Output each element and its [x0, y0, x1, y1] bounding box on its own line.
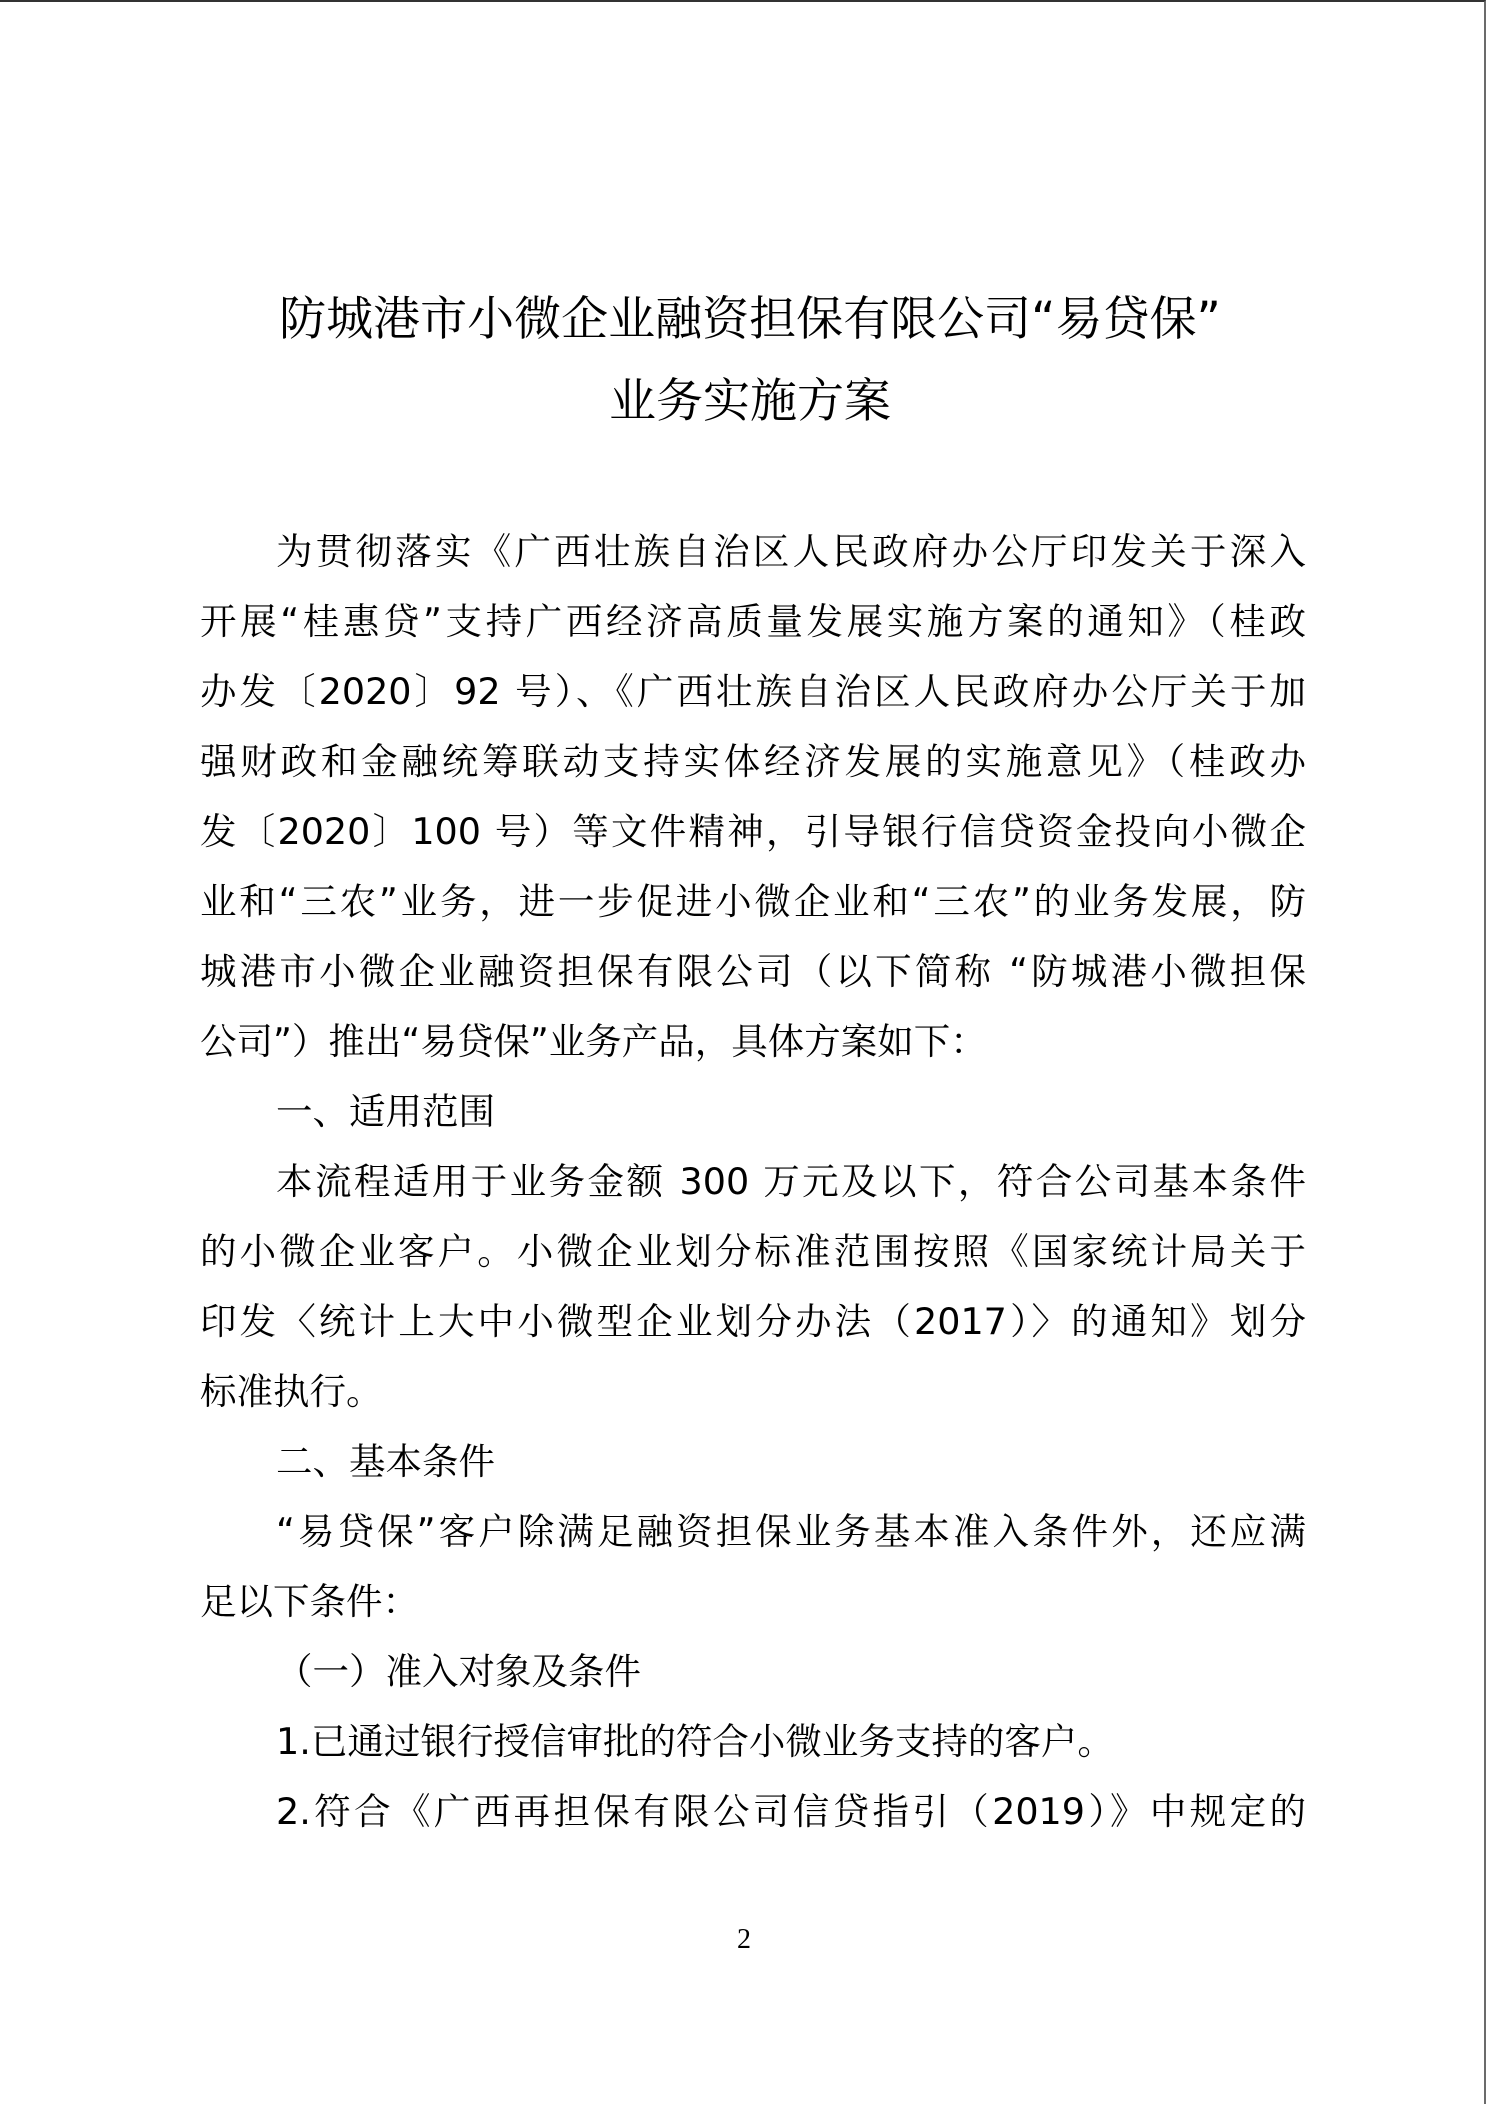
document-title-line-1: 防城港市小微企业融资担保有限公司“易贷保” — [190, 290, 1310, 350]
paragraph-scope-line: 的小微企业客户。小微企业划分标准范围按照《国家统计局关于 — [200, 1228, 1306, 1276]
paragraph-intro-line: 开展“桂惠贷”支持广西经济高质量发展实施方案的通知》（桂政 — [200, 598, 1306, 646]
paragraph-scope-line: 标准执行。 — [200, 1368, 1306, 1416]
paragraph-intro-line: 强财政和金融统筹联动支持实体经济发展的实施意见》（桂政办 — [200, 738, 1306, 786]
paragraph-conditions-line: “易贷保”客户除满足融资担保业务基本准入条件外，还应满 — [276, 1508, 1306, 1556]
paragraph-intro-line: 城港市小微企业融资担保有限公司（以下简称 “防城港小微担保 — [200, 948, 1306, 996]
paragraph-scope-line: 本流程适用于业务金额 300 万元及以下，符合公司基本条件 — [276, 1158, 1306, 1206]
section-heading-scope: 一、适用范围 — [276, 1088, 1306, 1136]
paragraph-intro-line: 业和“三农”业务，进一步促进小微企业和“三农”的业务发展，防 — [200, 878, 1306, 926]
paragraph-intro-line: 办发〔2020〕92 号）、《广西壮族自治区人民政府办公厅关于加 — [200, 668, 1306, 716]
paragraph-intro-line: 发〔2020〕100 号）等文件精神，引导银行信贷资金投向小微企 — [200, 808, 1306, 856]
paragraph-intro-line: 公司”）推出“易贷保”业务产品，具体方案如下： — [200, 1018, 1306, 1066]
page-number: 2 — [0, 1922, 1488, 1958]
paragraph-conditions-line: 足以下条件： — [200, 1578, 1306, 1626]
paragraph-scope-line: 印发〈统计上大中小微型企业划分办法（2017）〉的通知》划分 — [200, 1298, 1306, 1346]
list-item-2: 2.符合《广西再担保有限公司信贷指引（2019）》中规定的 — [276, 1788, 1306, 1836]
document-title-line-2: 业务实施方案 — [190, 372, 1310, 432]
paragraph-intro-line: 为贯彻落实《广西壮族自治区人民政府办公厅印发关于深入 — [276, 528, 1306, 576]
document-page: 防城港市小微企业融资担保有限公司“易贷保” 业务实施方案 为贯彻落实《广西壮族自… — [0, 0, 1486, 2104]
list-item-1: 1.已通过银行授信审批的符合小微业务支持的客户。 — [276, 1718, 1306, 1766]
subsection-heading-admission: （一）准入对象及条件 — [276, 1648, 1306, 1696]
section-heading-basic-conditions: 二、基本条件 — [276, 1438, 1306, 1486]
